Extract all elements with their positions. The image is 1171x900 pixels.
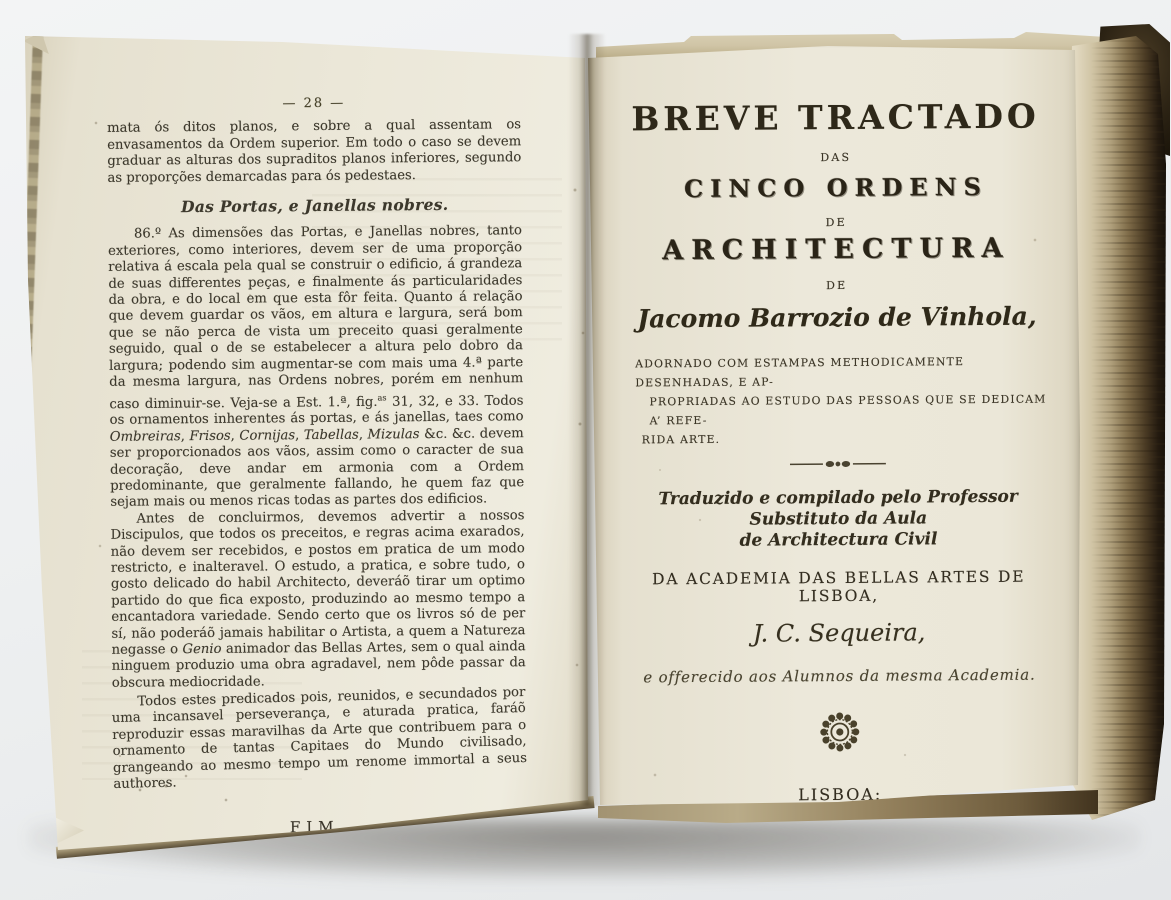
dedication-line: e offerecido aos Alumnos da mesma Academ… [629,666,1049,687]
book-photograph: — 28 — mata ós ditos planos, e sobre a q… [0,0,1171,900]
translated-by-line: de Architectura Civil [628,529,1048,553]
rosette-ornament-wrap [630,708,1050,761]
divider-ornament-wrap [628,455,1048,477]
left-page: — 28 — mata ós ditos planos, e sobre a q… [22,30,588,855]
page-number: — 28 — [107,94,521,114]
title-de-1: DE [626,215,1046,231]
right-title-page: BREVE TRACTADO DAS CINCO ORDENS DE ARCHI… [588,40,1080,815]
academy-line: DA ACADEMIA DAS BELLAS ARTES DE LISBOA, [629,568,1049,607]
title-cinco-ordens: CINCO ORDENS [626,172,1046,204]
title-architectura: ARCHITECTURA [626,233,1046,267]
paragraph-advice: Antes de concluirmos, devemos advertir a… [110,508,526,692]
subtitle-line: PROPRIADAS AO ESTUDO DAS PESSOAS QUE SE … [649,390,1047,431]
paragraph-continuation: mata ós ditos planos, e sobre a qual ass… [107,118,522,187]
rosette-icon [817,709,863,755]
title-das: DAS [626,150,1046,166]
author-name: Jacomo Barrozio de Vinhola, [627,302,1047,334]
subtitle-line: ADORNADO COM ESTAMPAS METHODICAMENTE DES… [635,352,1047,393]
left-page-text-block: — 28 — mata ós ditos planos, e sobre a q… [107,94,527,837]
title-de-2: DE [627,278,1047,294]
translator-name: J. C. Sequeira, [629,618,1049,649]
translated-by-line: Traduzido e compilado pelo Professor Sub… [628,487,1048,532]
subtitle-line: RIDA ARTE. [642,428,1048,450]
book-title: BREVE TRACTADO [625,97,1045,139]
translated-by-block: Traduzido e compilado pelo Professor Sub… [628,487,1048,553]
subtitle-block: ADORNADO COM ESTAMPAS METHODICAMENTE DES… [627,352,1048,450]
paragraph-36: 86.º As dimensões das Portas, e Janellas… [108,224,524,512]
paragraph-closing: Todos estes predicados pois, reunidos, e… [111,685,527,794]
title-page-text-block: BREVE TRACTADO DAS CINCO ORDENS DE ARCHI… [625,97,1050,851]
divider-ornament-icon [790,457,886,472]
section-heading: Das Portas, e Janellas nobres. [108,196,522,216]
left-page-deckle-edge [4,34,43,852]
